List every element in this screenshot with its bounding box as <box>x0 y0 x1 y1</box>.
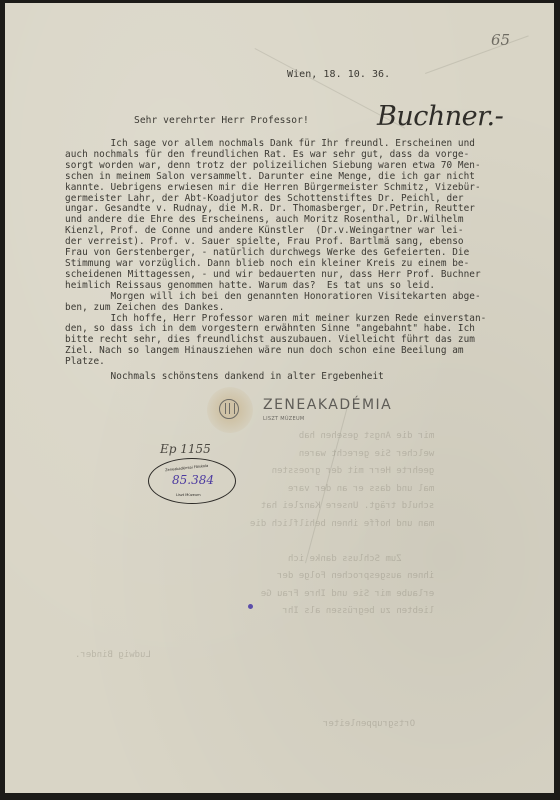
stamp-number: 85.384 <box>172 473 214 487</box>
archive-stamp: Zeneakadémiai Főiskola 85.384 Liszt Múze… <box>148 458 236 504</box>
reverse-side-bleedthrough: mir die Angst gesehen hab welcher Sie ge… <box>250 428 434 621</box>
body-line: ben, zum Zeichen des Dankes. <box>65 303 486 314</box>
body-line: Platze. <box>65 357 486 368</box>
inventory-number-handwritten: Ep 1155 <box>160 442 211 456</box>
stamp-bottom-text: Liszt Múzeum <box>176 493 201 497</box>
body-line: Ziel. Nach so langem Hinausziehen wäre n… <box>65 346 486 357</box>
body-line: schen in meinem Salon versammelt. Darunt… <box>65 172 486 183</box>
letter-body: Ich sage vor allem nochmals Dank für Ihr… <box>65 139 486 383</box>
body-line: kannte. Uebrigens erwiesen mir die Herre… <box>65 183 486 194</box>
date-line: Wien, 18. 10. 36. <box>287 70 390 81</box>
paper-crease <box>425 35 529 74</box>
liszt-museum-logo-icon <box>207 387 253 433</box>
body-line: Nochmals schönstens dankend in alter Erg… <box>65 372 486 383</box>
body-line: Morgen will ich bei den genannten Honora… <box>65 292 486 303</box>
ink-dot <box>248 604 253 609</box>
stamp-top-text: Zeneakadémiai Főiskola <box>165 464 208 473</box>
recipient-handwritten-name: Buchner.- <box>377 101 503 132</box>
letter-page: 65 Wien, 18. 10. 36. Sehr verehrter Herr… <box>5 3 554 793</box>
salutation: Sehr verehrter Herr Professor! <box>134 116 309 127</box>
logo-subtitle: LISZT MÚZEUM <box>263 416 305 422</box>
reverse-side-signature: Ludwig Binder. <box>75 647 151 665</box>
folio-number: 65 <box>491 31 510 49</box>
logo-name: ZENEAKADÉMIA <box>263 397 392 413</box>
reverse-side-footer: Ortsgruppenleiter <box>323 716 415 734</box>
